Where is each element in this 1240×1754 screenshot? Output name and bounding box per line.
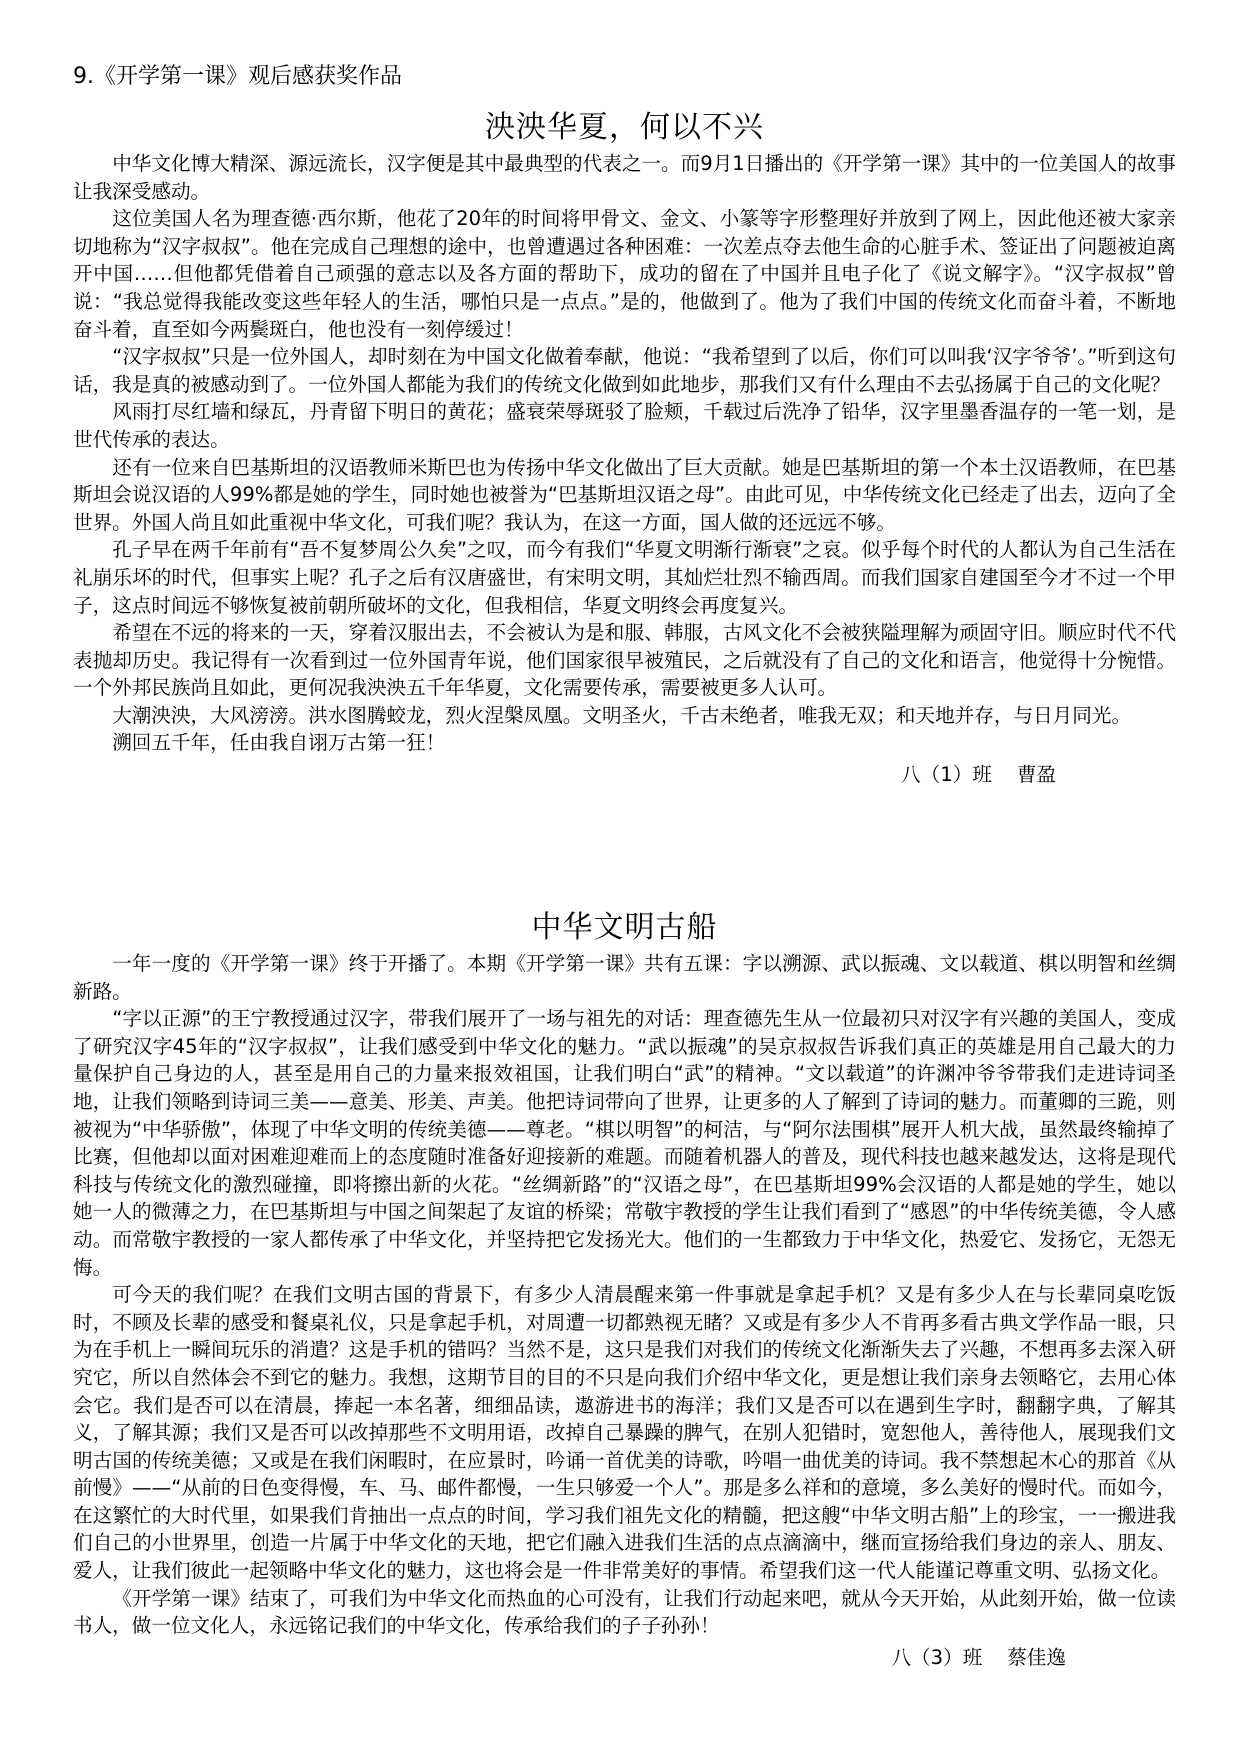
author-class: 八（3）班 [891,1646,982,1669]
author-name: 曹盈 [1017,763,1056,786]
author-signature: 八（1）班 曹盈 [73,761,1176,789]
essay-paragraph: “字以正源”的王宁教授通过汉字，带我们展开了一场与祖先的对话：理查德先生从一位最… [73,1005,1176,1281]
essay-2: 中华文明古船 一年一度的《开学第一课》终于开播了。本期《开学第一课》共有五课：字… [73,906,1176,1671]
essay-paragraph: 这位美国人名为理查德·西尔斯，他花了20年的时间将甲骨文、金文、小篆等字形整理好… [73,205,1176,343]
essay-paragraph: 中华文化博大精深、源远流长，汉字便是其中最典型的代表之一。而9月1日播出的《开学… [73,150,1176,205]
section-heading: 9.《开学第一课》观后感获奖作品 [73,62,402,92]
essay-paragraph: 希望在不远的将来的一天，穿着汉服出去，不会被认为是和服、韩服，古风文化不会被狭隘… [73,619,1176,702]
essay-paragraph: 还有一位来自巴基斯坦的汉语教师米斯巴也为传扬中华文化做出了巨大贡献。她是巴基斯坦… [73,454,1176,537]
author-name: 蔡佳逸 [1007,1646,1066,1669]
essay-paragraph: 大潮泱泱，大风滂滂。洪水图腾蛟龙，烈火涅槃凤凰。文明圣火，千古未绝者，唯我无双；… [73,702,1176,730]
essay-paragraph: 风雨打尽红墙和绿瓦，丹青留下明日的黄花；盛衰荣辱斑驳了脸颊，千载过后洗净了铅华，… [73,398,1176,453]
essay-1: 泱泱华夏，何以不兴 中华文化博大精深、源远流长，汉字便是其中最典型的代表之一。而… [73,106,1176,789]
essay-paragraph: 溯回五千年，任由我自诩万古第一狂！ [73,729,1176,757]
author-signature: 八（3）班 蔡佳逸 [73,1644,1176,1672]
essay-paragraph: “汉字叔叔”只是一位外国人，却时刻在为中国文化做着奉献，他说：“我希望到了以后，… [73,343,1176,398]
essay-paragraph: 《开学第一课》结束了，可我们为中华文化而热血的心可没有，让我们行动起来吧，就从今… [73,1585,1176,1640]
essay-title: 中华文明古船 [73,906,1176,950]
author-class: 八（1）班 [901,763,992,786]
essay-paragraph: 一年一度的《开学第一课》终于开播了。本期《开学第一课》共有五课：字以溯源、武以振… [73,950,1176,1005]
essay-paragraph: 可今天的我们呢？在我们文明古国的背景下，有多少人清晨醒来第一件事就是拿起手机？又… [73,1281,1176,1585]
essay-title: 泱泱华夏，何以不兴 [73,106,1176,150]
essay-paragraph: 孔子早在两千年前有“吾不复梦周公久矣”之叹，而今有我们“华夏文明渐行渐衰”之哀。… [73,536,1176,619]
